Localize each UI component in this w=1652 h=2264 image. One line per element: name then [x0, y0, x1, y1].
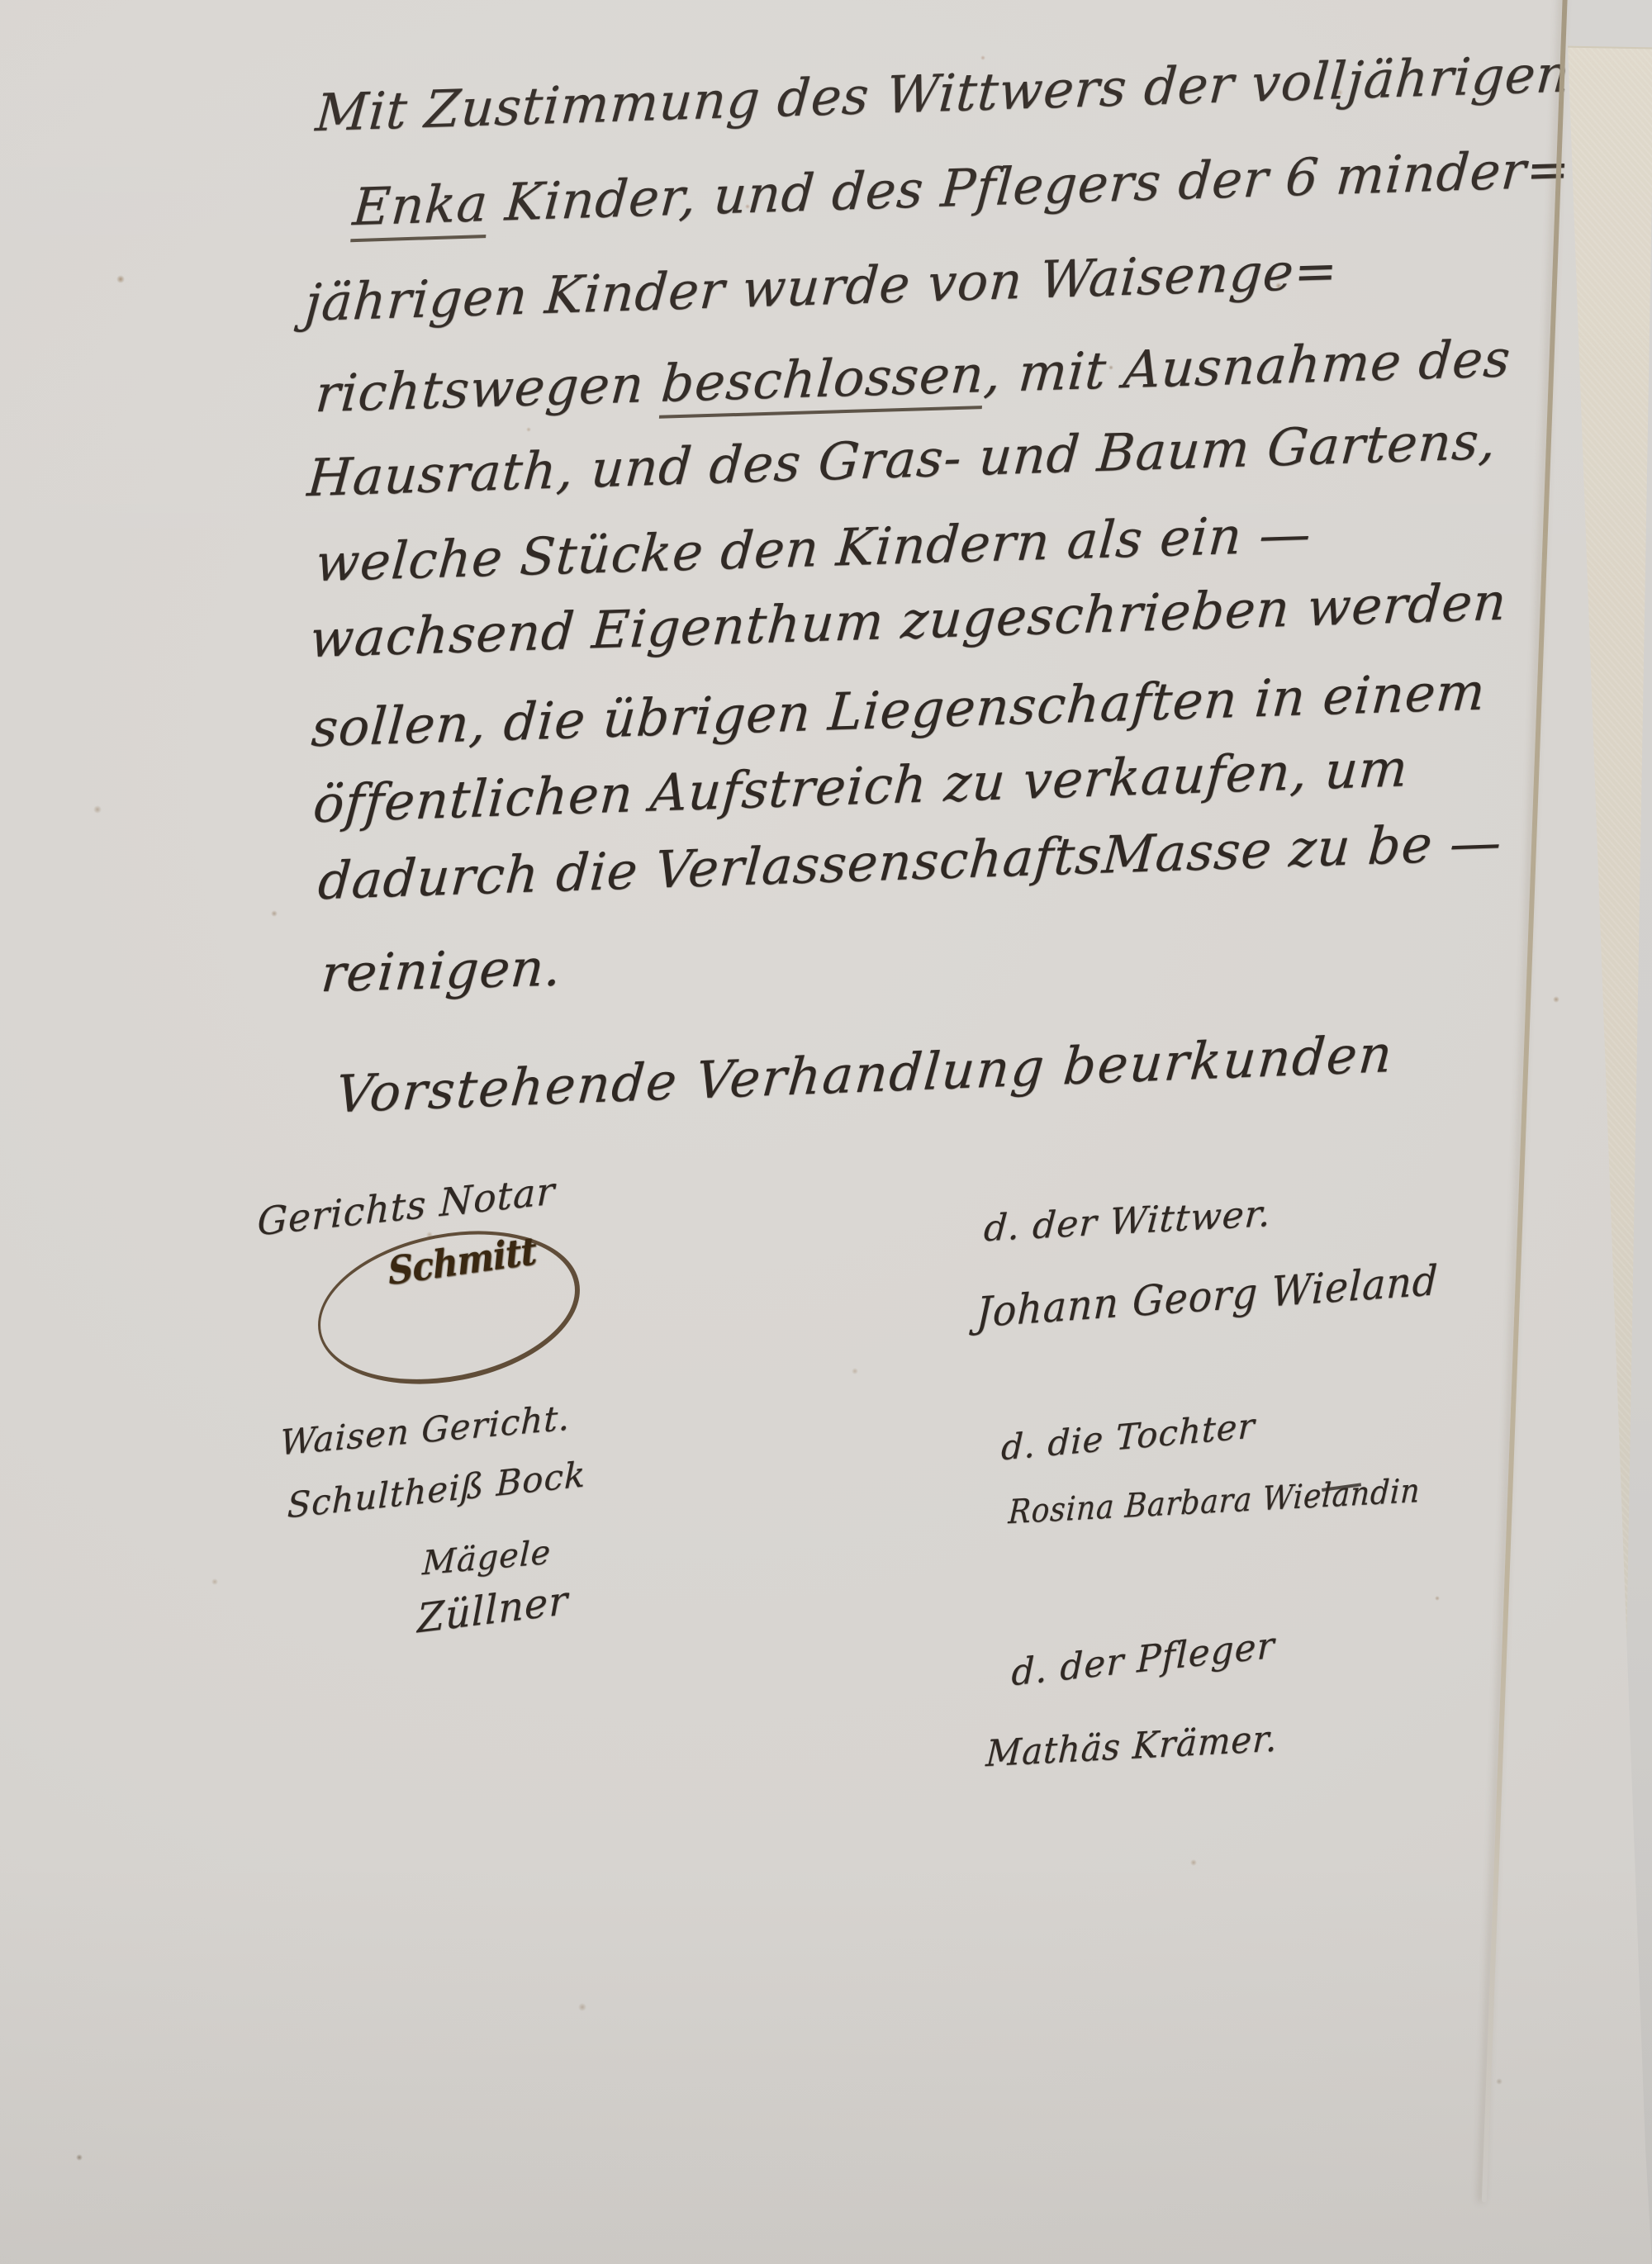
body-line-1: Mit Zustimmung des Wittwers der volljähr…	[314, 43, 1573, 143]
body-line-11: reinigen.	[319, 937, 564, 1004]
body-line-4: richtswegen beschlossen, mit Ausnahme de…	[313, 328, 1512, 424]
widower-role-label: d. der Wittwer.	[982, 1193, 1272, 1250]
guardian-role-label: d. der Pfleger	[1011, 1624, 1275, 1694]
closing-statement: Vorstehende Verhandlung beurkunden	[334, 1023, 1396, 1124]
court-member-signature-3: Züllner	[417, 1578, 568, 1643]
court-member-signature-1: Schultheiß Bock	[287, 1454, 586, 1526]
court-label: Waisen Gericht.	[279, 1397, 571, 1463]
body-line-2: Enka Kinder, und des Pflegers der 6 mind…	[351, 139, 1573, 238]
body-line-2-rest: Kinder, und des Pflegers der 6 minder=	[486, 139, 1572, 233]
body-line-4-pre: richtswegen	[313, 354, 663, 425]
body-line-3: jährigen Kinder wurde von Waisenge=	[303, 240, 1341, 334]
daughter-role-label: d. die Tochter	[1000, 1405, 1256, 1468]
body-line-6: welche Stücke den Kindern als ein —	[313, 503, 1313, 593]
widower-signature: Johann Georg Wieland	[976, 1256, 1439, 1336]
document-photo: Mit Zustimmung des Wittwers der volljähr…	[0, 0, 1652, 2264]
guardian-signature: Mathäs Krämer.	[985, 1717, 1279, 1775]
body-line-5: Hausrath, und des Gras- und Baum Gartens…	[306, 411, 1498, 508]
body-line-4-post: , mit Ausnahme des	[982, 328, 1513, 404]
daughter-signature: Rosina Barbara Wielandin	[1008, 1472, 1422, 1531]
manuscript-page: Mit Zustimmung des Wittwers der volljähr…	[0, 0, 1652, 2264]
court-member-signature-2: Mägele	[421, 1533, 552, 1583]
underlined-word: beschlossen	[659, 344, 987, 419]
underlined-word: Enka	[350, 173, 490, 242]
